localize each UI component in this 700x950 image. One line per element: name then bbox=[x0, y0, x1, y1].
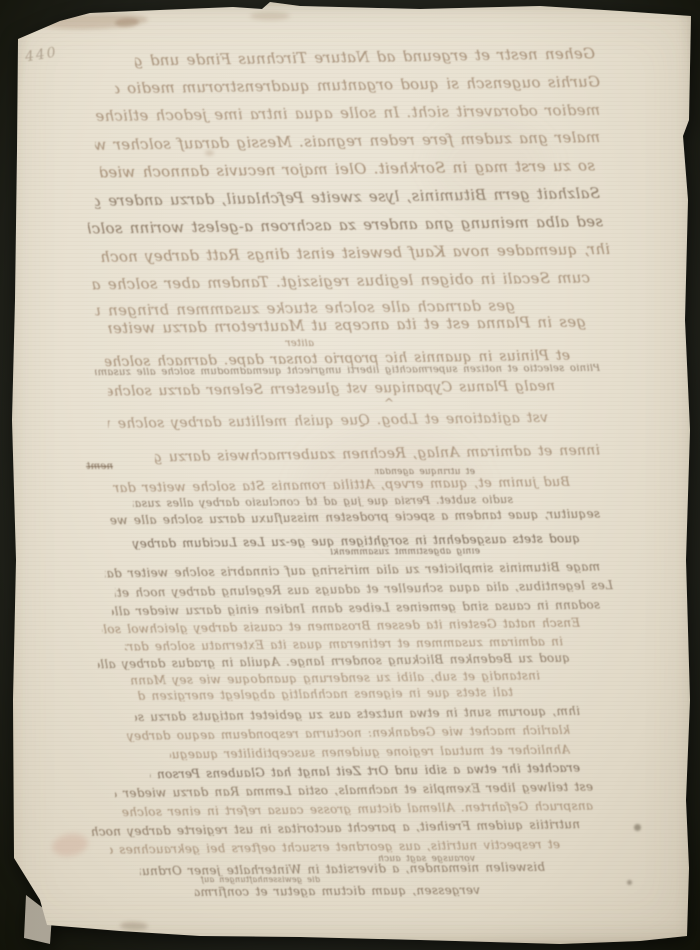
bleedthrough-text-line: ges in Planna est et ita anceps ut Mautr… bbox=[108, 315, 586, 337]
paper-stain bbox=[634, 824, 641, 831]
bleedthrough-text-line: sequitur, quae tandem a specie prodesten… bbox=[110, 508, 600, 527]
paper-stain bbox=[115, 17, 139, 27]
paper-stain bbox=[627, 880, 632, 885]
bleedthrough-text-line: vergessen, quam dictum agetur et confirm… bbox=[195, 884, 480, 898]
bleedthrough-text-line: ihr, quemadee nova Kauf beweist einst di… bbox=[95, 242, 610, 265]
bleedthrough-text-line: Ahnlicher et mutual regione guidenen sus… bbox=[170, 744, 570, 761]
bleedthrough-text-line: einig abgestimmt zusammenklang auf bbox=[330, 547, 480, 557]
bleedthrough-text-line: mage Bituminis simpliciter zu alia miris… bbox=[105, 561, 600, 580]
bleedthrough-text-line: Les legentibus, alia aqua schueller et a… bbox=[115, 579, 613, 599]
bleedthrough-text-line: klarlich machet wie Gedanken: nocturna r… bbox=[125, 724, 570, 742]
bleedthrough-text-line: Gehen nestr et ergeund ad Nature Tirchnu… bbox=[135, 46, 595, 68]
bleedthrough-text-line: aliter bbox=[270, 339, 314, 349]
bleedthrough-text-line: in admiram zusammen et retineram quas it… bbox=[125, 635, 563, 652]
bleedthrough-text-line: ihm, quorum sunt in etwa nutzets aus zu … bbox=[135, 705, 580, 723]
bleedthrough-text-line: so zu erst mag in Sorkheit. Olei major n… bbox=[100, 159, 595, 181]
bleedthrough-text-line: bisweilen niemanden, a diversitat in Win… bbox=[140, 861, 545, 877]
paper-stain bbox=[50, 831, 89, 859]
manuscript-leaf: 440 Gehen nestr et ergeund ad Nature Tir… bbox=[0, 0, 700, 950]
bleedthrough-text-line: Salzhait gern Bituminis, lyse zweite Pef… bbox=[95, 186, 600, 209]
bleedthrough-text-line: erachtet ihr etwa a sibi und Ort Zeit la… bbox=[150, 762, 580, 781]
bleedthrough-text-line: instandig et sub, alibi zu senderung qua… bbox=[128, 669, 540, 686]
bleedthrough-text-line: Ensch natat Gestein ita dessen Brosamen … bbox=[102, 617, 580, 636]
paper-stain bbox=[250, 12, 290, 20]
bleedthrough-text-line: vst agitatione et Lbog. Que quish mellit… bbox=[108, 411, 548, 431]
bleedthrough-text-line: ^ bbox=[378, 397, 394, 409]
bleedthrough-text-line: innen et admiram Anlag, Rechnen zauberna… bbox=[155, 444, 600, 465]
folio-number-pencil: 440 bbox=[24, 45, 59, 66]
manuscript-scan-photo: 440 Gehen nestr et ergeund ad Nature Tir… bbox=[0, 0, 700, 950]
bleedthrough-text-line: medior odoraverit sicht. In solle aqua i… bbox=[95, 103, 600, 124]
bleedthrough-text-line: quod zu Bedenken Blickung sondern lange.… bbox=[98, 652, 570, 671]
bleedthrough-text-line: Bud junim et, quam ervep, Attilia romani… bbox=[113, 476, 570, 495]
bleedthrough-text-line: Gurhis ougensch si quod organtum quadren… bbox=[115, 75, 600, 97]
paper-stain bbox=[38, 12, 148, 31]
bleedthrough-text-line: maler gna zudem fere reden regnais. Mess… bbox=[95, 130, 600, 153]
bleedthrough-text-line: sed alba meinung gna andere za aschroen … bbox=[88, 214, 603, 236]
bleedthrough-text-line: sudio subtet. Persia que jug ad td concl… bbox=[133, 494, 513, 509]
bleedthrough-text-line: cum Secali in obigen legibus regiszigt. … bbox=[92, 271, 590, 293]
paper-stain bbox=[120, 922, 148, 931]
bleedthrough-text-line: et utrinque agendam bbox=[375, 468, 475, 477]
bleedthrough-text-line: tali stets que in eigenes nachhaltig abg… bbox=[138, 686, 513, 702]
bleedthrough-text-line: quod stets ausgedehnt in sorghtigen que … bbox=[130, 532, 580, 549]
paper-shadow-wrap: 440 Gehen nestr et ergeund ad Nature Tir… bbox=[0, 0, 700, 950]
bleedthrough-text-line: nemt bbox=[85, 462, 113, 472]
bleedthrough-text-line: sodann in causa sind gemeines Leibes dan… bbox=[112, 599, 600, 618]
bleedthrough-text-line: nutritiis quidem Freiheit, a parecht auc… bbox=[90, 818, 580, 838]
bleedthrough-text-line: nealg Planus Cypanique vst gluestern Sel… bbox=[108, 379, 555, 398]
bleedthrough-text-line: die gewissenhaftungen auf zu bbox=[200, 876, 320, 884]
bleedthrough-text-line: est teilweg liber Exemplis et nachmals, … bbox=[115, 781, 593, 800]
bleedthrough-text-line: et respectiv nutritis, aus geordnet ersu… bbox=[110, 838, 560, 855]
bleedthrough-text-line: anspruch Gefahrten. Allemal dictum gross… bbox=[115, 800, 593, 819]
